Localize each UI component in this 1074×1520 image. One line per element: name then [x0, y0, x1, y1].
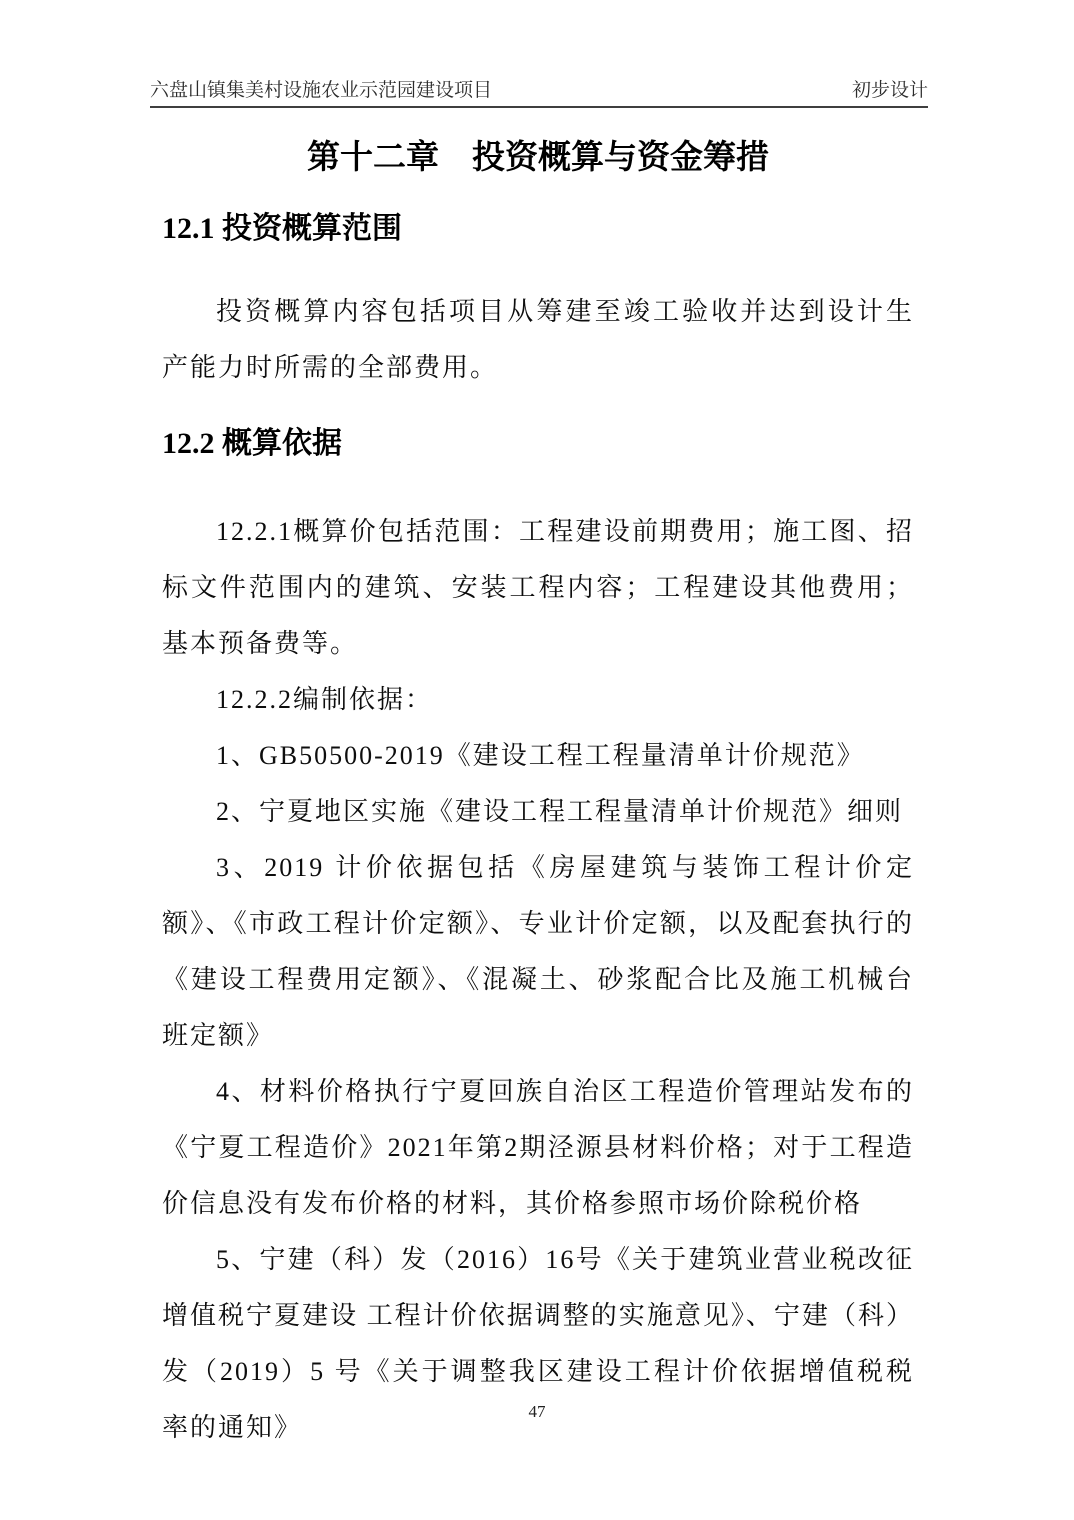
page-number: 47 — [0, 1402, 1074, 1422]
basis-list-item-3: 3、2019 计价依据包括《房屋建筑与装饰工程计价定额》、《市政工程计价定额》、… — [162, 840, 914, 1064]
header-doc-type: 初步设计 — [852, 78, 928, 104]
chapter-title: 第十二章 投资概算与资金筹措 — [162, 136, 914, 180]
basis-list-item-4: 4、材料价格执行宁夏回族自治区工程造价管理站发布的《宁夏工程造价》2021年第2… — [162, 1064, 914, 1232]
section-heading-12-1: 12.1 投资概算范围 — [162, 210, 914, 248]
paragraph-12-2-1-scope: 12.2.1概算价包括范围：工程建设前期费用；施工图、招标文件范围内的建筑、安装… — [162, 504, 914, 672]
section-heading-12-2: 12.2 概算依据 — [162, 425, 914, 463]
basis-list-item-2: 2、宁夏地区实施《建设工程工程量清单计价规范》细则 — [162, 784, 914, 840]
header-project-title: 六盘山镇集美村设施农业示范园建设项目 — [150, 78, 492, 104]
page-header: 六盘山镇集美村设施农业示范园建设项目 初步设计 — [150, 78, 928, 108]
basis-list-item-1: 1、GB50500-2019《建设工程工程量清单计价规范》 — [162, 728, 914, 784]
paragraph-investment-scope: 投资概算内容包括项目从筹建至竣工验收并达到设计生产能力时所需的全部费用。 — [162, 284, 914, 396]
page-content: 第十二章 投资概算与资金筹措 12.1 投资概算范围 投资概算内容包括项目从筹建… — [162, 136, 914, 1456]
paragraph-12-2-2-basis-label: 12.2.2编制依据： — [162, 672, 914, 728]
document-page: 六盘山镇集美村设施农业示范园建设项目 初步设计 第十二章 投资概算与资金筹措 1… — [0, 0, 1074, 1520]
basis-list-item-5: 5、宁建（科）发（2016）16号《关于建筑业营业税改征增值税宁夏建设 工程计价… — [162, 1232, 914, 1456]
